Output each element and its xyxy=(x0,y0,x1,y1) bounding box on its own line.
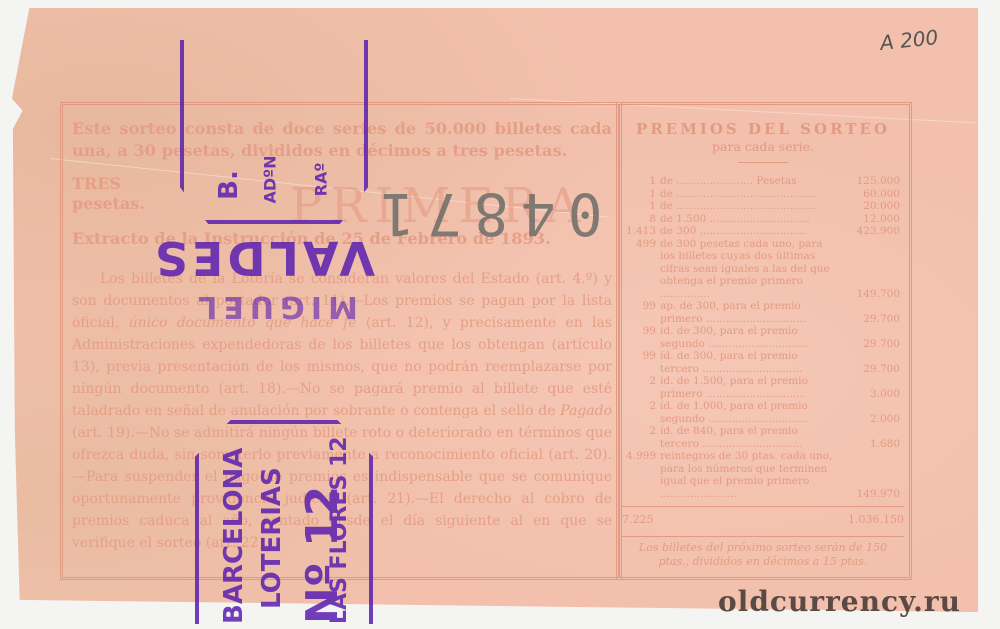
prize-desc: íd. de 840, para el premio tercero .....… xyxy=(660,425,840,450)
stamp-text: LAS FLORES 12 xyxy=(327,436,352,624)
prize-row: 2íd. de 840, para el premio tercero ....… xyxy=(622,425,904,450)
prizes-title: PREMIOS DEL SORTEO xyxy=(622,120,904,138)
prize-row: 4.999reintegros de 30 ptas. cada uno, pa… xyxy=(622,450,904,500)
prize-qty: 99 xyxy=(622,350,660,375)
prize-row: 99íd. de 300, para el premio tercero ...… xyxy=(622,350,904,375)
prize-desc: de ....................... Pesetas xyxy=(660,175,840,188)
prizes-totals: 7.225 1.036.150 xyxy=(622,506,904,526)
prize-amount: 149.700 xyxy=(840,238,904,301)
prize-amount: 423.900 xyxy=(840,225,904,238)
prize-amount: 29.700 xyxy=(840,325,904,350)
prize-row: 99íd. de 300, para el premio segundo ...… xyxy=(622,325,904,350)
stamp-text: ADºN xyxy=(261,155,280,203)
prize-desc: reintegros de 30 ptas. cada uno, para lo… xyxy=(660,450,840,500)
lottery-office-stamp: BARCELONA LOTERIAS Nº 12 LAS FLORES 12 xyxy=(195,420,373,624)
prize-qty: 1.413 xyxy=(622,225,660,238)
prize-qty: 1 xyxy=(622,200,660,213)
prize-amount: 125.000 xyxy=(840,175,904,188)
prize-amount: 149.970 xyxy=(840,450,904,500)
prize-desc: de .....................................… xyxy=(660,200,840,213)
prize-row: 499de 300 pesetas cada uno, para los bil… xyxy=(622,238,904,301)
prize-row: 1.413de 300 ............................… xyxy=(622,225,904,238)
administration-stamp: B. ADºN RAº xyxy=(180,40,368,224)
prize-desc: de .....................................… xyxy=(660,188,840,201)
prize-qty: 1 xyxy=(622,188,660,201)
stamp-text: LOTERIAS xyxy=(257,467,287,609)
divider xyxy=(738,162,788,163)
prize-row: 1de ....................................… xyxy=(622,188,904,201)
prize-desc: íd. de 300, para el premio tercero .....… xyxy=(660,350,840,375)
prize-qty: 99 xyxy=(622,300,660,325)
prize-qty: 99 xyxy=(622,325,660,350)
prize-amount: 60.000 xyxy=(840,188,904,201)
prize-row: 99ap. de 300, para el premio primero ...… xyxy=(622,300,904,325)
stamp-text: BARCELONA xyxy=(219,448,249,624)
prize-qty: 4.999 xyxy=(622,450,660,500)
prize-amount: 2.000 xyxy=(840,400,904,425)
prize-qty: 499 xyxy=(622,238,660,301)
prizes-panel: PREMIOS DEL SORTEO para cada serie. 1de … xyxy=(622,120,904,569)
prize-qty: 8 xyxy=(622,213,660,226)
prize-amount: 20.000 xyxy=(840,200,904,213)
stamp-text: RAº xyxy=(311,163,330,197)
prize-row: 1de ....................... Pesetas125.0… xyxy=(622,175,904,188)
prize-qty: 2 xyxy=(622,425,660,450)
prize-desc: ap. de 300, para el premio primero .....… xyxy=(660,300,840,325)
prize-desc: íd. de 300, para el premio segundo .....… xyxy=(660,325,840,350)
prize-row: 2íd. de 1.000, para el premio segundo ..… xyxy=(622,400,904,425)
prize-qty: 2 xyxy=(622,375,660,400)
stamp-name-line: MIGUEL xyxy=(175,289,375,324)
prize-desc: íd. de 1.500, para el premio primero ...… xyxy=(660,375,840,400)
prizes-subtitle: para cada serie. xyxy=(622,139,904,154)
prize-desc: de 1.500 .............................. xyxy=(660,213,840,226)
regulations-italic: Pagado xyxy=(560,403,612,419)
total-amount: 1.036.150 xyxy=(848,513,904,526)
name-stamp: VALDES MIGUEL xyxy=(175,225,375,335)
prize-amount: 29.700 xyxy=(840,350,904,375)
prize-amount: 1.680 xyxy=(840,425,904,450)
serial-number: 04871 xyxy=(368,180,603,248)
prize-qty: 1 xyxy=(622,175,660,188)
prize-row: 1de ....................................… xyxy=(622,200,904,213)
site-watermark: oldcurrency.ru xyxy=(718,585,961,618)
prize-desc: de 300 ................................ xyxy=(660,225,840,238)
prize-qty: 2 xyxy=(622,400,660,425)
prize-desc: íd. de 1.000, para el premio segundo ...… xyxy=(660,400,840,425)
prize-desc: de 300 pesetas cada uno, para los billet… xyxy=(660,238,840,301)
prizes-table: 1de ....................... Pesetas125.0… xyxy=(622,175,904,500)
prize-row: 2íd. de 1.500, para el premio primero ..… xyxy=(622,375,904,400)
stamp-text: B. xyxy=(214,170,244,200)
prize-amount: 29.700 xyxy=(840,300,904,325)
prize-row: 8de 1.500 ..............................… xyxy=(622,213,904,226)
next-draw-notice: Los billetes del próximo sorteo serán de… xyxy=(622,536,904,569)
prize-amount: 12.000 xyxy=(840,213,904,226)
total-count: 7.225 xyxy=(622,513,654,526)
prize-amount: 3.000 xyxy=(840,375,904,400)
stamp-name-line: VALDES xyxy=(175,231,375,285)
